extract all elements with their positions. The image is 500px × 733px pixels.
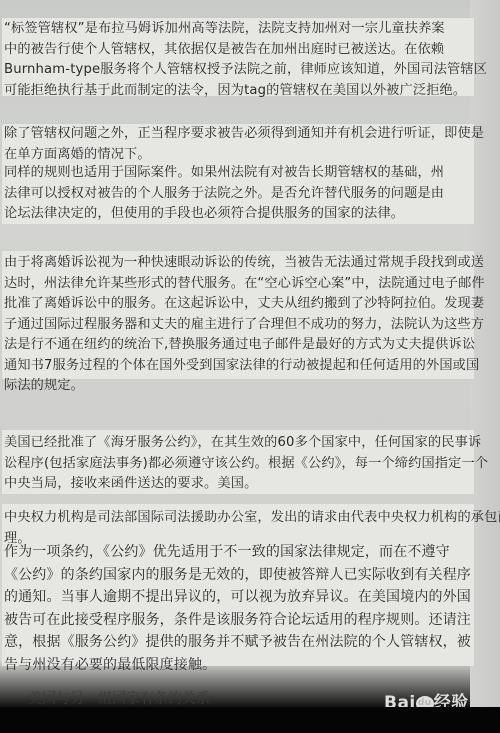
paragraph-treaty-precedence: 作为一项条约，《公约》优先适用于不一致的国家法律规定，而在不遵守 《公约》的条约… [4,541,474,676]
text-line: 美国已经批准了《海牙服务公约》，在其生效的60多个国家中，任何国家的民事诉 [4,433,474,454]
text-line: 告与州没有必要的最低限度接触。 [4,654,474,677]
text-line: 中央权力机构是司法部国际司法援助办公室，发出的请求由代表中央权力机构的承包商管 [4,508,474,529]
text-line: 通知书7服务过程的个体在国外受到国家法律的行动被提起和任何适用的外国或国 [4,356,474,377]
paragraph-alternative-service: 由于将离婚诉讼视为一种快速眼动诉讼的传统，当被告无法通过常规手段找到或送 达时，… [4,253,474,397]
text-line: 法是行不通在纽约的统治下,替换服务通过电子邮件是最好的方式为丈夫提供诉讼 [4,335,474,356]
bottom-black-bar [0,707,500,733]
text-line: 被告可在此接受程序服务，条件是该服务符合论坛适用的程序规则。还请注 [4,609,474,632]
text-line: 意，根据《服务公约》提供的服务并不赋予被告在州法院的个人管辖权，被 [4,631,474,654]
page-edge [470,0,500,707]
text-line: 作为一项条约，《公约》优先适用于不一致的国家法律规定，而在不遵守 [4,541,474,564]
text-line: 法律可以授权对被告的个人服务于法院之外。是否允许替代服务的问题是由 [4,184,474,205]
text-line: 批准了离婚诉讼中的服务。在这起诉讼中，丈夫从纽约搬到了沙特阿拉伯。发现妻 [4,294,474,315]
text-line: 讼程序(包括家庭法事务)都必须遵守该公约。根据《公约》，每一个缔约国指定一个 [4,454,474,475]
text-line: 际法的规定。 [4,376,474,397]
text-line: 中的被告行使个人管辖权，其依据仅是被告在加州出庭时已被送达。在依赖 [4,40,474,61]
paragraph-tag-jurisdiction: “标签管辖权”是布拉马姆诉加州高等法院，法院支持加州对一宗儿童扶养案 中的被告行… [4,19,474,101]
text-line: 达时，州法律允许某些形式的替代服务。在“空心诉空心案”中，法院通过电子邮件 [4,274,474,295]
text-line: 的通知。当事人逾期不提出异议的，可以视为放弃异议。在美国境内的外国 [4,586,474,609]
text-line: 子通过国际过程服务器和丈夫的雇主进行了合理但不成功的努力，法院认为这些方 [4,315,474,336]
paragraph-due-process: 除了管辖权问题之外，正当程序要求被告必须得到通知并有机会进行听证，即使是 在单方… [4,124,474,165]
text-line: 除了管辖权问题之外，正当程序要求被告必须得到通知并有机会进行听证，即使是 [4,124,474,145]
text-line: 在单方面离婚的情况下。 [4,145,474,166]
text-line: 同样的规则也适用于国际案件。如果州法院有对被告长期管辖权的基础，州 [4,163,474,184]
text-line: Burnham-type服务将个人管辖权授予法院之前，律师应该知道，外国司法管辖… [4,60,474,81]
text-line: 论坛法律决定的，但使用的手段也必须符合提供服务的国家的法律。 [4,204,474,225]
paragraph-hague-convention: 美国已经批准了《海牙服务公约》，在其生效的60多个国家中，任何国家的民事诉 讼程… [4,433,474,495]
caption: 美国与另一组国家有条约关系 [28,688,210,708]
text-line: 《公约》的条约国家内的服务是无效的，即使被答辩人已实际收到有关程序 [4,564,474,587]
paragraph-international-cases: 同样的规则也适用于国际案件。如果州法院有对被告长期管辖权的基础，州 法律可以授权… [4,163,474,225]
text-line: “标签管辖权”是布拉马姆诉加州高等法院，法院支持加州对一宗儿童扶养案 [4,19,474,40]
text-line: 由于将离婚诉讼视为一种快速眼动诉讼的传统，当被告无法通过常规手段找到或送 [4,253,474,274]
text-line: 中央当局，接收来函件送达的要求。美国。 [4,474,474,495]
text-line: 可能拒绝执行基于此而制定的法令，因为tag的管辖权在美国以外被广泛拒绝。 [4,81,474,102]
